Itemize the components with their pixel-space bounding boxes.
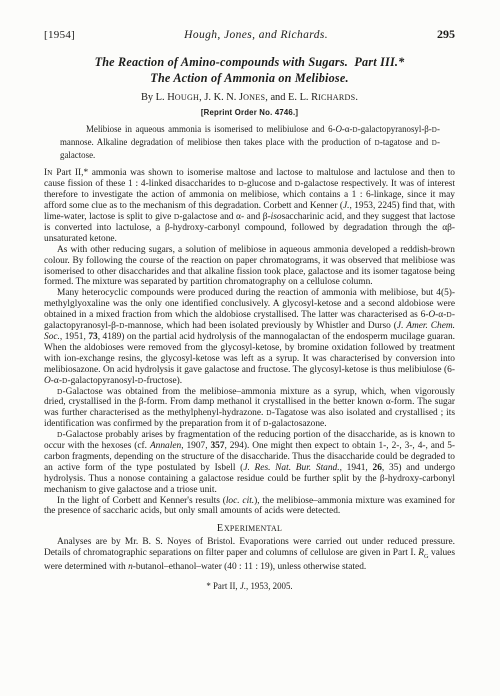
article-title-line2: The Action of Ammonia on Melibiose. bbox=[44, 71, 455, 87]
page-header: [1954] Hough, Jones, and Richards. 295 bbox=[44, 27, 455, 42]
reprint-note: [Reprint Order No. 4746.] bbox=[44, 108, 455, 117]
footnote: * Part II, J., 1953, 2005. bbox=[44, 581, 455, 591]
paragraph: In the light of Corbett and Kenner's res… bbox=[44, 496, 455, 518]
paragraph-intro: IN Part II,* ammonia was shown to isomer… bbox=[44, 168, 455, 244]
paragraph: Many heterocyclic compounds were produce… bbox=[44, 288, 455, 386]
footnote-text: Part II, J., 1953, 2005. bbox=[213, 581, 293, 591]
footnote-marker: * bbox=[206, 581, 210, 591]
paragraph: As with other reducing sugars, a solutio… bbox=[44, 245, 455, 289]
section-heading-experimental: EXPERIMENTAL bbox=[44, 523, 455, 534]
article-title-line1: The Reaction of Amino-compounds with Sug… bbox=[44, 55, 455, 71]
paragraph: D-Galactose probably arises by fragmenta… bbox=[44, 430, 455, 495]
paragraph: D-Galactose was obtained from the melibi… bbox=[44, 387, 455, 431]
article-body: IN Part II,* ammonia was shown to isomer… bbox=[44, 168, 455, 517]
running-title: Hough, Jones, and Richards. bbox=[184, 29, 328, 41]
journal-page: [1954] Hough, Jones, and Richards. 295 T… bbox=[0, 0, 500, 696]
article-title: The Reaction of Amino-compounds with Sug… bbox=[44, 55, 455, 86]
page-number: 295 bbox=[437, 27, 455, 42]
year-label: [1954] bbox=[44, 29, 75, 41]
abstract: Melibiose in aqueous ammonia is isomeris… bbox=[60, 124, 440, 161]
byline: By L. HOUGH, J. K. N. JONES, and E. L. R… bbox=[44, 92, 455, 103]
experimental-paragraph: Analyses are by Mr. B. S. Noyes of Brist… bbox=[44, 537, 455, 573]
